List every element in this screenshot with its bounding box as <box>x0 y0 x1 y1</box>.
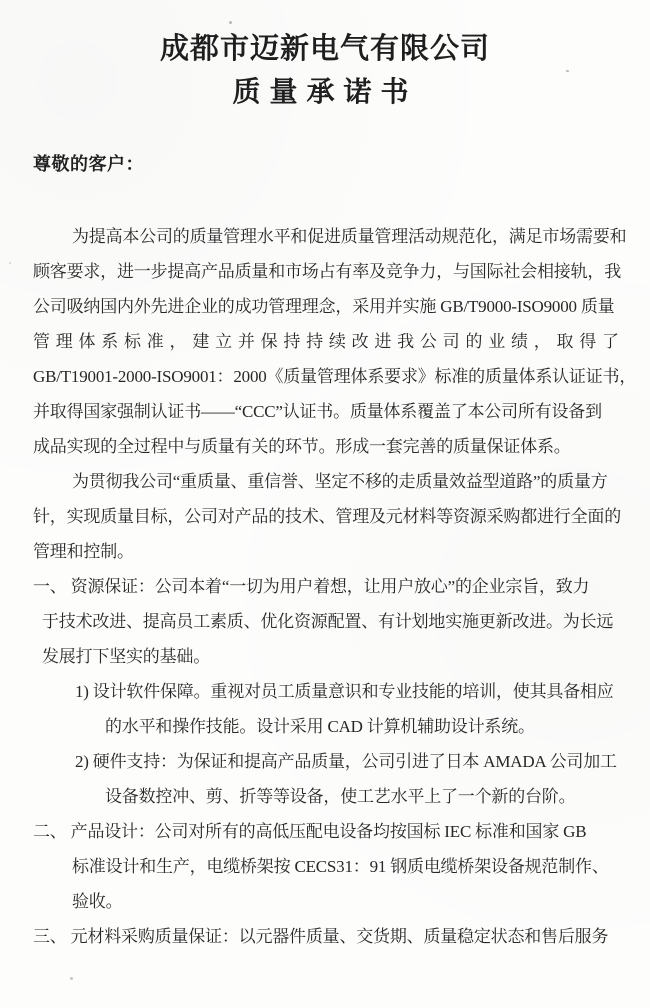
text-line: 1) 设计软件保障。重视对员工质量意识和专业技能的培训，使其具备相应 <box>33 674 619 709</box>
text-line: GB/T19001-2000-ISO9001：2000《质量管理体系要求》标准的… <box>33 359 619 394</box>
text-line: 的水平和操作技能。设计采用 CAD 计算机辅助设计系统。 <box>33 709 619 744</box>
text-line: 二、 产品设计：公司对所有的高低压配电设备均按国标 IEC 标准和国家 GB <box>33 814 619 849</box>
text-line: 为贯彻我公司“重质量、重信誉、坚定不移的走质量效益型道路”的质量方 <box>33 464 619 499</box>
scan-speck <box>70 977 73 980</box>
text-line: 一、 资源保证：公司本着“一切为用户着想，让用户放心”的企业宗旨，致力 <box>33 569 619 604</box>
document-page: 成都市迈新电气有限公司 质量承诺书 尊敬的客户： 为提高本公司的质量管理水平和促… <box>0 0 650 1008</box>
scan-speck <box>9 262 11 264</box>
text-line: 2) 硬件支持：为保证和提高产品质量，公司引进了日本 AMADA 公司加工 <box>33 744 619 779</box>
text-line: 管理体系标准，建立并保持持续改进我公司的业绩，取得了 <box>33 324 619 359</box>
text-line: 并取得国家强制认证书——“CCC”认证书。质量体系覆盖了本公司所有设备到 <box>33 394 619 429</box>
text-line: 设备数控冲、剪、折等等设备，使工艺水平上了一个新的台阶。 <box>33 779 619 814</box>
salutation: 尊敬的客户： <box>33 150 144 176</box>
document-body: 为提高本公司的质量管理水平和促进质量管理活动规范化，满足市场需要和顾客要求，进一… <box>33 219 619 954</box>
text-line: 验收。 <box>33 884 619 919</box>
text-line: 管理和控制。 <box>33 534 619 569</box>
scan-speck <box>229 21 232 24</box>
text-line: 于技术改进、提高员工素质、优化资源配置、有计划地实施更新改进。为长远 <box>33 604 619 639</box>
document-title: 质量承诺书 <box>0 70 650 110</box>
company-title: 成都市迈新电气有限公司 <box>0 26 650 67</box>
text-line: 发展打下坚实的基础。 <box>33 639 619 674</box>
text-line: 公司吸纳国内外先进企业的成功管理理念，采用并实施 GB/T9000-ISO900… <box>33 289 619 324</box>
text-line: 为提高本公司的质量管理水平和促进质量管理活动规范化，满足市场需要和 <box>33 219 619 254</box>
text-line: 标准设计和生产，电缆桥架按 CECS31：91 钢质电缆桥架设备规范制作、 <box>33 849 619 884</box>
text-line: 三、 元材料采购质量保证：以元器件质量、交货期、质量稳定状态和售后服务 <box>33 919 619 954</box>
text-line: 成品实现的全过程中与质量有关的环节。形成一套完善的质量保证体系。 <box>33 429 619 464</box>
text-line: 针，实现质量目标，公司对产品的技术、管理及元材料等资源采购都进行全面的 <box>33 499 619 534</box>
text-line: 顾客要求，进一步提高产品质量和市场占有率及竞争力，与国际社会相接轨，我 <box>33 254 619 289</box>
